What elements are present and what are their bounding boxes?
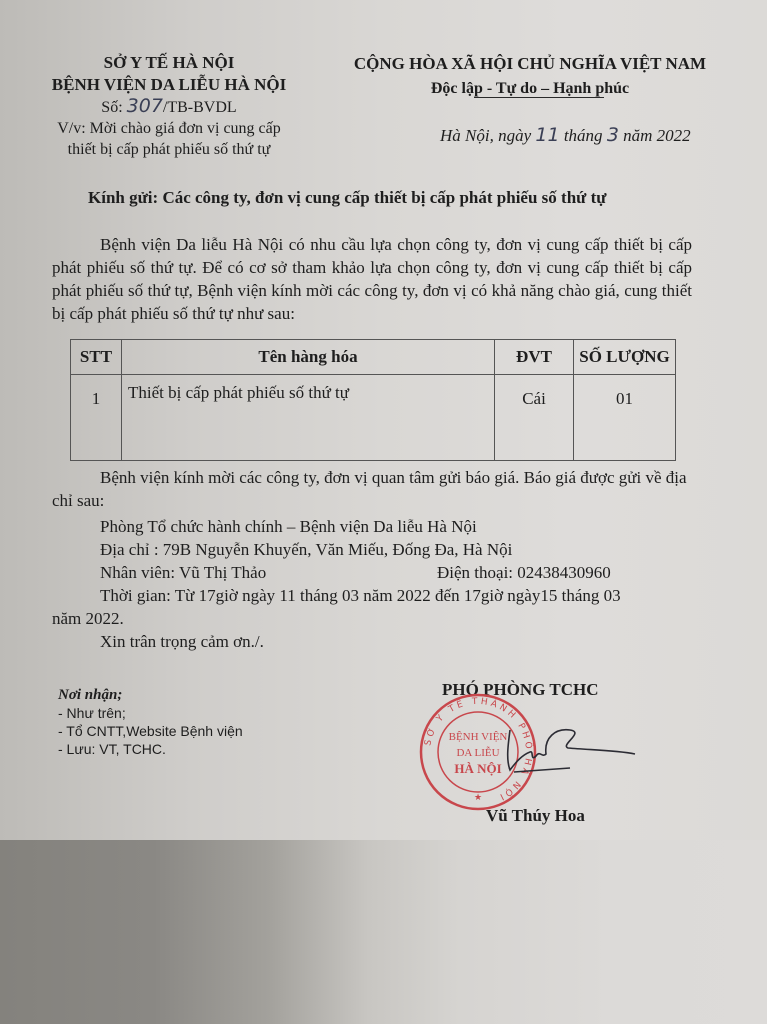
recipients-block: Nơi nhận; - Như trên; - Tổ CNTT,Website … — [58, 686, 243, 758]
cell-stt: 1 — [71, 375, 122, 461]
table-row: 1 Thiết bị cấp phát phiếu số thứ tự Cái … — [71, 375, 676, 461]
signer-name: Vũ Thúy Hoa — [486, 806, 585, 826]
nation-header: CỘNG HÒA XÃ HỘI CHỦ NGHĨA VIỆT NAM Độc l… — [340, 54, 720, 98]
handwritten-day: 11 — [535, 124, 559, 146]
recipient-item: - Tổ CNTT,Website Bệnh viện — [58, 722, 243, 740]
nation-title: CỘNG HÒA XÃ HỘI CHỦ NGHĨA VIỆT NAM — [340, 54, 720, 74]
handwritten-signature-icon — [500, 720, 640, 780]
hospital-name: BỆNH VIỆN DA LIỄU HÀ NỘI — [40, 74, 298, 96]
intro-paragraph: Bệnh viện Da liễu Hà Nội có nhu cầu lựa … — [52, 233, 692, 325]
document-number: Số: 307/TB-BVDL — [40, 96, 298, 118]
issuer-header: SỞ Y TẾ HÀ NỘI BỆNH VIỆN DA LIỄU HÀ NỘI … — [40, 52, 298, 160]
col-quantity: SỐ LƯỢNG — [574, 340, 676, 375]
cell-quantity: 01 — [574, 375, 676, 461]
cell-item-name: Thiết bị cấp phát phiếu số thứ tự — [122, 375, 495, 461]
agency-name: SỞ Y TẾ HÀ NỘI — [40, 52, 298, 74]
handwritten-month: 3 — [607, 124, 619, 146]
table-header-row: STT Tên hàng hóa ĐVT SỐ LƯỢNG — [71, 340, 676, 375]
col-item-name: Tên hàng hóa — [122, 340, 495, 375]
closing-line: Xin trân trọng cảm ơn./. — [100, 630, 264, 653]
col-stt: STT — [71, 340, 122, 375]
recipient-item: - Như trên; — [58, 704, 243, 722]
svg-text:HÀ NỘI: HÀ NỘI — [454, 761, 501, 776]
cell-unit: Cái — [495, 375, 574, 461]
salutation: Kính gửi: Các công ty, đơn vị cung cấp t… — [88, 188, 606, 208]
handwritten-number: 307 — [127, 95, 163, 117]
contact-department: Phòng Tổ chức hành chính – Bệnh viện Da … — [100, 515, 477, 538]
document-date: Hà Nội, ngày 11 tháng 3 năm 2022 — [440, 124, 691, 146]
col-unit: ĐVT — [495, 340, 574, 375]
contact-time-line-1: Thời gian: Từ 17giờ ngày 11 tháng 03 năm… — [100, 584, 621, 607]
invite-paragraph: Bệnh viện kính mời các công ty, đơn vị q… — [52, 466, 692, 512]
svg-text:DA LIỄU: DA LIỄU — [456, 746, 499, 759]
subject-line-1: V/v: Mời chào giá đơn vị cung cấp — [40, 118, 298, 139]
contact-staff: Nhân viên: Vũ Thị Thảo — [100, 561, 266, 584]
subject-line-2: thiết bị cấp phát phiếu số thứ tự — [40, 139, 298, 160]
items-table: STT Tên hàng hóa ĐVT SỐ LƯỢNG 1 Thiết bị… — [70, 339, 676, 461]
svg-text:BỆNH VIỆN: BỆNH VIỆN — [449, 731, 508, 743]
motto: Độc lập - Tự do – Hạnh phúc — [431, 80, 629, 98]
recipient-item: - Lưu: VT, TCHC. — [58, 740, 243, 758]
recipients-title: Nơi nhận; — [58, 686, 243, 704]
contact-time-line-2: năm 2022. — [52, 607, 124, 630]
svg-text:★: ★ — [474, 792, 482, 802]
contact-address: Địa chỉ : 79B Nguyễn Khuyến, Văn Miếu, Đ… — [100, 538, 512, 561]
contact-phone: Điện thoại: 02438430960 — [437, 561, 611, 584]
